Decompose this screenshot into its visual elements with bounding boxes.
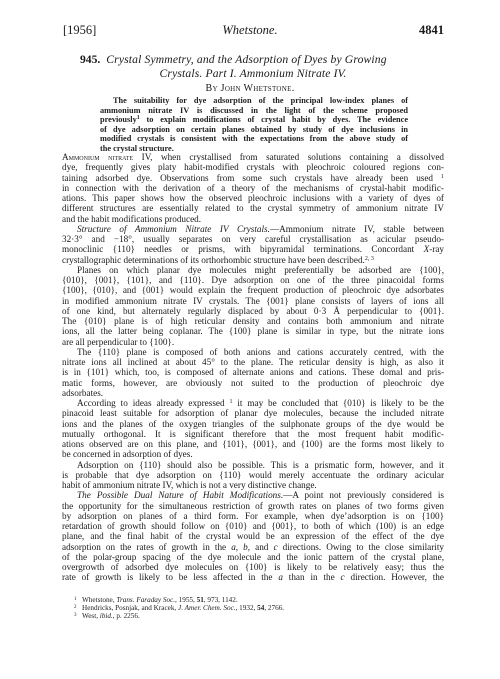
footnote-year: , 1955,: [175, 596, 197, 604]
body-line: monoclinic {110} needles or prisms, with…: [62, 244, 444, 254]
text: —A point not previously considered is: [283, 490, 444, 500]
title-line-2: Crystals. Part I. Ammonium Nitrate IV.: [0, 67, 500, 80]
body-line: are all perpendicular to {100}.: [62, 337, 444, 347]
body-line: and the habit modifications produced.: [62, 214, 444, 224]
footnotes: 1Whetstone, Trans. Faraday Soc., 1955, 5…: [74, 596, 284, 619]
footnote-authors: Hendricks, Posnjak, and Kracek,: [82, 604, 178, 612]
body-line: adsorption on the rates of growth in the…: [62, 542, 444, 552]
footnote-number: 1: [74, 596, 82, 604]
body-line: adsorbates.: [62, 388, 444, 398]
journal-page: Whetstone. [1956] 4841 945.Crystal Symme…: [0, 0, 500, 679]
text: adsorption on the rates of growth in the: [62, 542, 231, 552]
body-line: overgrowth of adsorbed dye molecules on …: [62, 562, 444, 572]
footnote-pages: , 2766.: [264, 604, 284, 612]
footnote-journal: J. Amer. Chem. Soc.: [178, 604, 236, 612]
footnote-volume: 51: [197, 596, 204, 604]
body-line: is in {101} which, too, is composed of a…: [62, 367, 444, 377]
text: rate of growth is likely to be less affe…: [62, 572, 278, 582]
body-text: Ammonium nitrate IV, when crystallised f…: [62, 152, 444, 583]
footnote-1: 1Whetstone, Trans. Faraday Soc., 1955, 5…: [74, 596, 284, 604]
text: directions. Owing to the close similarit…: [278, 542, 444, 552]
body-line: The Possible Dual Nature of Habit Modifi…: [62, 490, 444, 500]
body-line: ations. This paper shows how the observe…: [62, 193, 444, 203]
text: crystallographic determinations of its o…: [62, 255, 365, 265]
text: -ray: [429, 244, 444, 254]
text: According to ideas already expressed: [77, 398, 225, 408]
text: direction. However, the: [345, 572, 444, 582]
abstract-line: The suitability for dye adsorption of th…: [100, 96, 408, 106]
body-line: pinacoid least suitable for adsorption o…: [62, 408, 444, 418]
section-heading: The Possible Dual Nature of Habit Modifi…: [77, 490, 283, 500]
body-line: taining adsorbed dye. Observations from …: [62, 173, 444, 183]
lead-in-smallcaps: Ammonium nitrate: [62, 152, 133, 162]
byline-prefix: By: [206, 83, 221, 94]
body-line: The {010} plane is of high reticular den…: [62, 316, 444, 326]
footnote-journal: ibid.: [100, 612, 113, 620]
body-line: Structure of Ammonium Nitrate IV Crystal…: [62, 224, 444, 234]
body-line: plane, and the final habit of the crysta…: [62, 531, 444, 541]
body-line: in connection with the derivation of a t…: [62, 183, 444, 193]
body-line: retardation of growth should follow on {…: [62, 521, 444, 531]
text: it may be concluded that {010} is likely…: [232, 398, 444, 408]
body-line: Adsorption on {110} should also be possi…: [62, 460, 444, 470]
page-number: 4841: [419, 23, 444, 37]
body-line: 32·3° and −18°, usually separates on ver…: [62, 234, 444, 244]
footnote-year: , p. 2256.: [113, 612, 140, 620]
footnote-ref[interactable]: 1: [137, 115, 140, 121]
title-line-1: Crystal Symmetry, and the Adsorption of …: [106, 53, 386, 66]
footnote-ref[interactable]: 1: [441, 174, 444, 180]
footnote-2: 2Hendricks, Posnjak, and Kracek, J. Amer…: [74, 604, 284, 612]
body-line: ions, all the latter being coplanar. The…: [62, 326, 444, 336]
body-line: rate of growth is likely to be less affe…: [62, 572, 444, 582]
author-name: John Whetstone.: [221, 83, 295, 94]
footnote-year: , 1932,: [236, 604, 258, 612]
abstract-text: previously: [100, 115, 137, 124]
text: IV, when crystallised from saturated sol…: [133, 152, 444, 162]
body-line: of one kind, but alternately regularly d…: [62, 306, 444, 316]
footnote-authors: West,: [82, 612, 100, 620]
text: monoclinic {110} needles or prisms, with…: [62, 244, 414, 254]
body-line: matic forms, however, are obviously not …: [62, 378, 444, 388]
body-line: According to ideas already expressed 1 i…: [62, 398, 444, 408]
text: —Ammonium nitrate IV, stable between: [270, 224, 444, 234]
body-line: ions and the planes of the oxygen triang…: [62, 419, 444, 429]
body-line: nitrate ions all inclined at about 45° t…: [62, 357, 444, 367]
body-line: by adsorption on planes of a third form.…: [62, 511, 444, 521]
abstract-line: previously1 to explain modifications of …: [100, 115, 408, 125]
text: than in the: [283, 572, 341, 582]
body-line: crystallographic determinations of its o…: [62, 255, 444, 265]
body-line: different structures are essentially rel…: [62, 203, 444, 213]
footnote-number: 3: [74, 612, 82, 620]
body-line: Ammonium nitrate IV, when crystallised f…: [62, 152, 444, 162]
body-line: Planes on which planar dye molecules mig…: [62, 265, 444, 275]
body-line: {010}, {001}, {101}, and {110}. Dye adso…: [62, 275, 444, 285]
body-line: the opportunity for the simultaneous res…: [62, 501, 444, 511]
body-line: habit of ammonium nitrate IV, which is n…: [62, 480, 444, 490]
section-heading: Structure of Ammonium Nitrate IV Crystal…: [77, 224, 270, 234]
footnote-ref[interactable]: 2, 3: [365, 256, 374, 262]
text: , and: [248, 542, 274, 552]
abstract-text: to explain modifications of crystal habi…: [147, 115, 409, 124]
article-title: 945.Crystal Symmetry, and the Adsorption…: [80, 53, 430, 66]
abstract-line: modified crystals is consistent with the…: [100, 134, 408, 144]
body-line: ations observed are on this plane, and {…: [62, 439, 444, 449]
body-line: of the polar-group spacing of the dye mo…: [62, 552, 444, 562]
body-line: mutually orthogonal. It is significant t…: [62, 429, 444, 439]
body-line: The {110} plane is composed of both anio…: [62, 347, 444, 357]
footnote-authors: Whetstone,: [82, 596, 116, 604]
body-line: dye, frequently gives platy habit-modifi…: [62, 162, 444, 172]
running-header-year: [1956]: [63, 23, 96, 37]
abstract: The suitability for dye adsorption of th…: [100, 96, 408, 154]
footnote-3: 3West, ibid., p. 2256.: [74, 612, 284, 620]
body-line: be concerned in adsorption of dyes.: [62, 449, 444, 459]
text: taining adsorbed dye. Observations from …: [62, 173, 433, 183]
body-line: is probable that dye adsorption on {110}…: [62, 470, 444, 480]
abstract-line: of dye adsorption on certain planes obta…: [100, 125, 408, 135]
abstract-line: ammonium nitrate IV is discussed in the …: [100, 106, 408, 116]
byline: By John Whetstone.: [0, 83, 500, 95]
footnote-journal: Trans. Faraday Soc.: [116, 596, 175, 604]
body-line: {100}, {010}, and {001} would explain th…: [62, 285, 444, 295]
footnote-number: 2: [74, 604, 82, 612]
article-number: 945.: [80, 53, 100, 66]
footnote-pages: , 973, 1142.: [204, 596, 238, 604]
body-line: in modified ammonium nitrate IV crystals…: [62, 296, 444, 306]
